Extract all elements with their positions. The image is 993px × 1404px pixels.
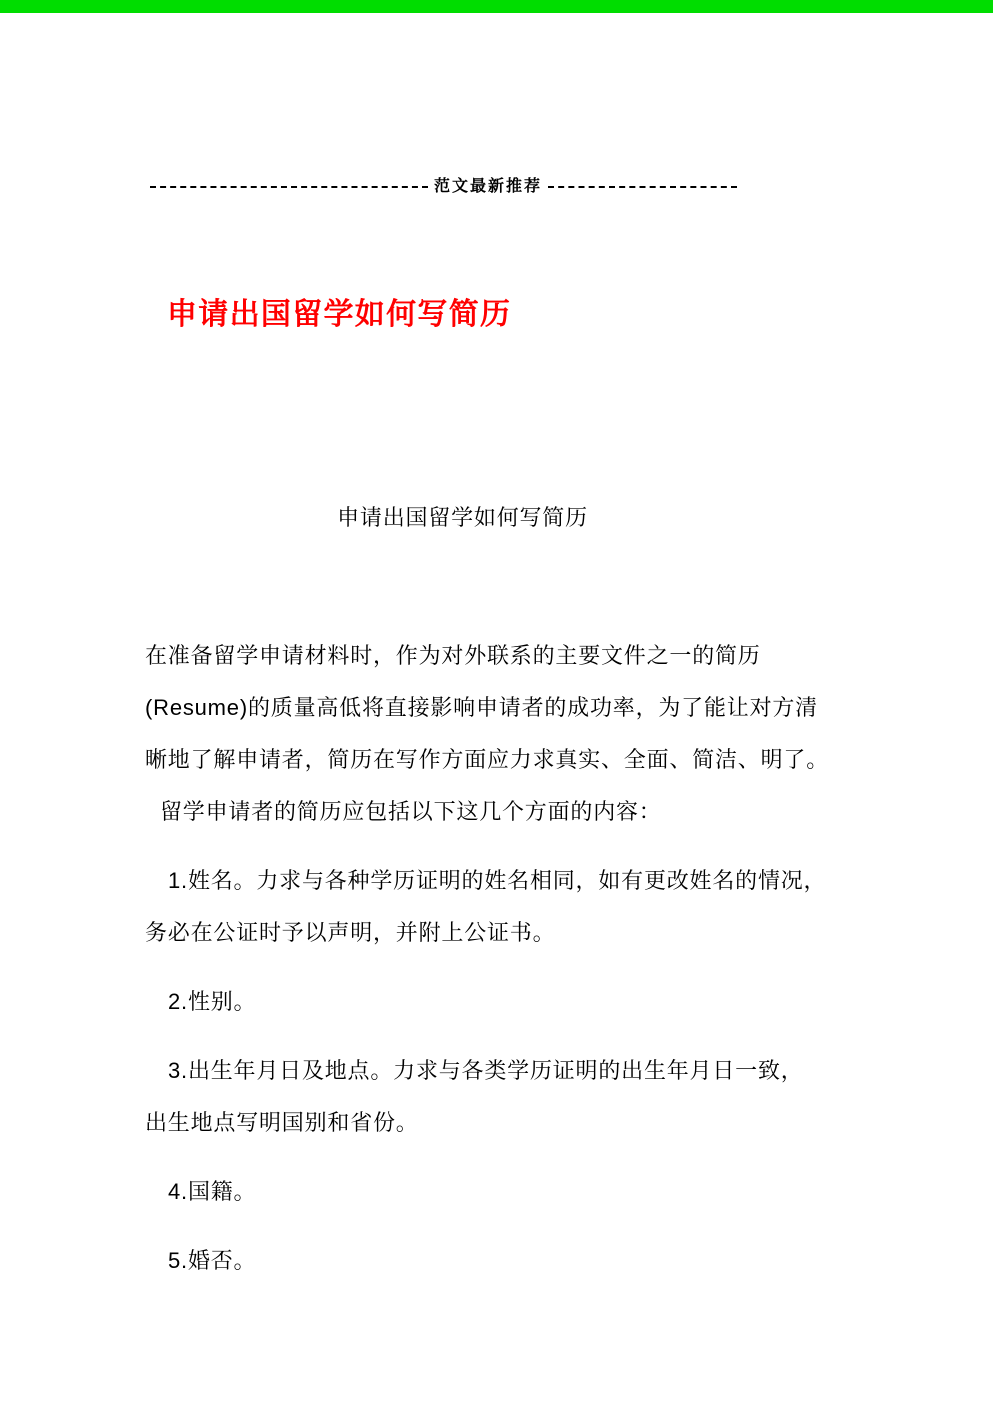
header-label: 范文最新推荐: [434, 177, 542, 197]
body-line: 在准备留学申请材料时，作为对外联系的主要文件之一的简历: [145, 630, 837, 682]
list-item-2: 2.性别。: [145, 976, 837, 1028]
body-line: 3.出生年月日及地点。力求与各类学历证明的出生年月日一致，: [145, 1045, 837, 1097]
document-body: 在准备留学申请材料时，作为对外联系的主要文件之一的简历 (Resume)的质量高…: [145, 630, 837, 1287]
body-line: 务必在公证时予以声明，并附上公证书。: [145, 907, 837, 959]
header-divider: 范文最新推荐: [150, 176, 737, 198]
body-line: 1.姓名。力求与各种学历证明的姓名相同，如有更改姓名的情况，: [145, 855, 837, 907]
paragraph-lead-in: 留学申请者的简历应包括以下这几个方面的内容：: [145, 786, 837, 838]
list-item-5: 5.婚否。: [145, 1235, 837, 1287]
list-item-3: 3.出生年月日及地点。力求与各类学历证明的出生年月日一致， 出生地点写明国别和省…: [145, 1045, 837, 1149]
document-title: 申请出国留学如何写简历: [167, 289, 511, 333]
document-subtitle: 申请出国留学如何写简历: [120, 501, 805, 532]
paragraph-intro: 在准备留学申请材料时，作为对外联系的主要文件之一的简历 (Resume)的质量高…: [145, 630, 837, 786]
body-line: 留学申请者的简历应包括以下这几个方面的内容：: [145, 786, 837, 838]
header-dash-right: [548, 186, 737, 188]
body-line: 5.婚否。: [145, 1235, 837, 1287]
list-item-4: 4.国籍。: [145, 1166, 837, 1218]
body-line: (Resume)的质量高低将直接影响申请者的成功率，为了能让对方清: [145, 682, 837, 734]
header-dash-left: [150, 186, 428, 188]
top-progress-bar: [0, 0, 993, 13]
list-item-1: 1.姓名。力求与各种学历证明的姓名相同，如有更改姓名的情况， 务必在公证时予以声…: [145, 855, 837, 959]
body-line: 4.国籍。: [145, 1166, 837, 1218]
body-line: 2.性别。: [145, 976, 837, 1028]
body-line: 晰地了解申请者，简历在写作方面应力求真实、全面、简洁、明了。: [145, 734, 837, 786]
body-line: 出生地点写明国别和省份。: [145, 1097, 837, 1149]
